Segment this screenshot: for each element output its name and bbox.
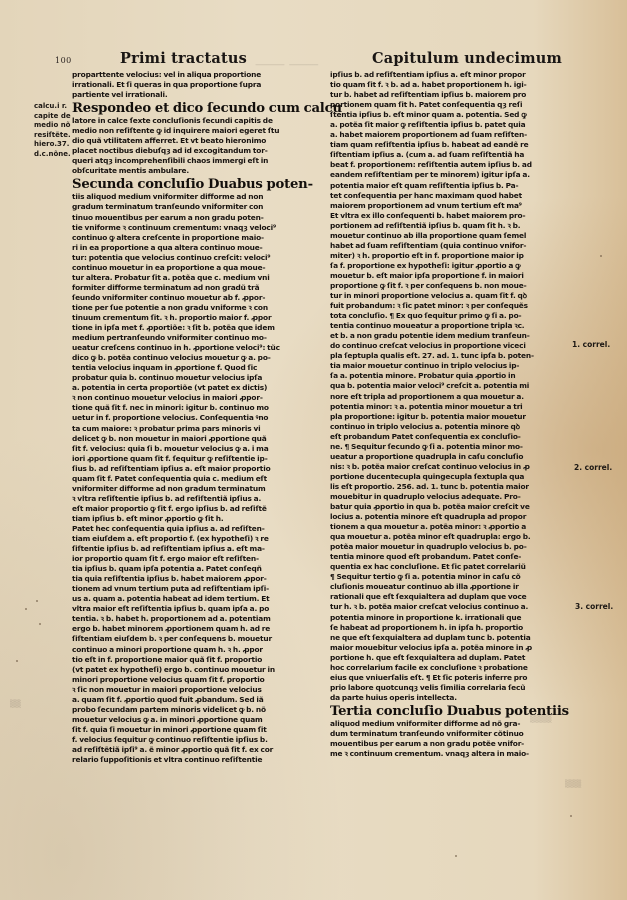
text-line: tionem ad vnum tertium puta ad reſiſtent… xyxy=(72,584,317,594)
text-line: eſt probandum Patet conſequentia ex conc… xyxy=(330,432,570,442)
text-line: tentia velocius inquam in ꝓportione f. Q… xyxy=(72,363,317,373)
text-line: ſiſtentie ipſius b. ad reſiſtentiam ipſi… xyxy=(72,544,317,554)
text-line: ri in ea proportione a qua altera contin… xyxy=(72,243,317,253)
text-line: ueatur creſcens continuo in h. ꝓportione… xyxy=(72,343,317,353)
text-line: queri atqȝ incomprehenſibili chaos immer… xyxy=(72,156,317,166)
text-line: tiis aliquod medium vniformiter difforme… xyxy=(72,192,317,202)
text-line: ne que eſt ſexquialtera ad duplam tunc b… xyxy=(330,633,570,643)
text-line: ergo b. habet minorem ꝓportionem quam h.… xyxy=(72,624,317,634)
text-line: ſa f. proportione ex hypotheſi: igitur ꝓ… xyxy=(330,261,570,271)
text-line: pla ſeptupla qualis eſt. 27. ad. 1. tunc… xyxy=(330,351,570,361)
right-marginal-correl-3: 3. correl. xyxy=(575,602,613,612)
paper-speck xyxy=(39,623,41,625)
text-line: relario ſuppoſitionis et vltra continuo … xyxy=(72,755,317,765)
text-line: tione in ipſa met f. ꝓportiõe: ꝛ ſit b. … xyxy=(72,323,317,333)
text-line: nore eſt tripla ad proportionem a qua mo… xyxy=(330,392,570,402)
text-line: ꝛ non continuo mouetur velocius in maior… xyxy=(72,393,317,403)
text-line: fuit probandum: ꝛ ſic patet minor: ꝛ per… xyxy=(330,301,570,311)
paper-speck xyxy=(600,255,602,257)
text-line: mouentibus per earum a non gradu potẽe v… xyxy=(330,739,570,749)
folio-number: 100 xyxy=(55,56,72,65)
text-line: maior mouebitur velocius ipſa a. potẽa m… xyxy=(330,643,570,653)
text-line: tio eſt in f. proportione maior quã ſit … xyxy=(72,655,317,665)
text-line: us a. quam a. potentia habeat ad idem te… xyxy=(72,594,317,604)
section-heading: Tertia concluſio Duabus potentiis xyxy=(330,704,570,719)
text-line: beat f. proportionem: reſiſtentia autem … xyxy=(330,160,570,170)
text-line: tionem a qua mouetur a. potẽa minor: ꝛ ꝓ… xyxy=(330,522,570,532)
text-line: potentia maior eſt quam reſiſtentia ipſi… xyxy=(330,181,570,191)
text-line: portionem ad reſiſtentiã ipſius b. quam … xyxy=(330,221,570,231)
text-line: et b. a non gradu potentie idem medium t… xyxy=(330,331,570,341)
text-line: ta cum maiore: ꝛ probatur prima pars min… xyxy=(72,424,317,434)
text-line: pla proportione: igitur b. potentia maio… xyxy=(330,412,570,422)
text-line: latore in calce ſexte concluſionis ſecun… xyxy=(72,116,317,126)
text-line: placet noctibus diebuſqȝ ad id excogitan… xyxy=(72,146,317,156)
text-line: partiente vel irrationali. xyxy=(72,90,317,100)
text-line: a. habet maiorem proportionem ad ſuam re… xyxy=(330,130,570,140)
text-line: medium pertranſeundo vniformiter continu… xyxy=(72,333,317,343)
text-line: portione h. que eſt ſexquialtera ad dupl… xyxy=(330,653,570,663)
text-line: ior proportio quam ſit f. ergo maior eſt… xyxy=(72,554,317,564)
text-line: ipſius b. ad reſiſtentiam ipſius a. eſt … xyxy=(330,70,570,80)
text-line: tia maior mouetur continuo in triplo vel… xyxy=(330,361,570,371)
text-line: rationali que eſt ſexquialtera ad duplam… xyxy=(330,592,570,602)
text-line: (vt patet ex hypotheſi) ergo b. continuo… xyxy=(72,665,317,675)
text-line: hoc correlarium facile ex concluſione ꝛ … xyxy=(330,663,570,673)
text-line: prio labore quotcunqȝ velis ſimilia corr… xyxy=(330,683,570,693)
text-line: tiam quam reſiſtentia ipſius b. habeat a… xyxy=(330,140,570,150)
text-line: mouetur continuo ab illa proportione qua… xyxy=(330,231,570,241)
section-heading: Respondeo et dico ſecundo cum calcu xyxy=(72,101,317,116)
text-line: ſeundo vniformiter continuo mouetur ab f… xyxy=(72,293,317,303)
text-line: tentia. ꝛ b. habet h. proportionem ad a.… xyxy=(72,614,317,624)
text-line: batur quia ꝓportio in qua b. potẽa maior… xyxy=(330,502,570,512)
text-line: irrationali. Et ſi queras in qua proport… xyxy=(72,80,317,90)
text-line: dum terminatum tranſeundo vniformiter cõ… xyxy=(330,729,570,739)
text-line: ueatur a proportione quadrupla in caſu c… xyxy=(330,452,570,462)
running-head-left: Primi tractatus xyxy=(120,50,247,67)
text-line: proparttente velocius: vel in aliqua pro… xyxy=(72,70,317,80)
text-line: minori proportione velocius quam ſit f. … xyxy=(72,675,317,685)
text-line: aliquod medium vniformiter difforme ad n… xyxy=(330,719,570,729)
text-line: mouetur velocius ꝙ a. in minori ꝓportion… xyxy=(72,715,317,725)
text-line: ſiſtentiam eiuſdem b. ꝛ per conſequens b… xyxy=(72,634,317,644)
right-text-column: ipſius b. ad reſiſtentiam ipſius a. eſt … xyxy=(330,70,570,759)
text-line: tia quia reſiſtentia ipſius b. habet mai… xyxy=(72,574,317,584)
text-line: a. quam ſit f. ꝓportio quod fuit ꝓbandum… xyxy=(72,695,317,705)
text-line: continuo ꝙ altera creſcente in proportio… xyxy=(72,233,317,243)
paper-speck xyxy=(16,660,18,662)
text-line: qua mouetur a. potẽa minor eſt quadrupla… xyxy=(330,532,570,542)
text-line: ne. ¶ Sequitur ſecundo ꝙ ſi a. potentia … xyxy=(330,442,570,452)
text-line: potentia minore in proportione k. irrati… xyxy=(330,613,570,623)
text-line: a. potentia in certa proportiõe (vt pate… xyxy=(72,383,317,393)
text-line: ſiſtentiam ipſius a. (cum a. ad ſuam reſ… xyxy=(330,150,570,160)
text-line: do continuo creſcat velocius in proporti… xyxy=(330,341,570,351)
text-line: vniformiter difforme ad non gradum termi… xyxy=(72,484,317,494)
text-line: f. velocius ſequitur ꝙ continuo reſiſten… xyxy=(72,735,317,745)
text-line: tur b. habet ad reſiſtentiam ipſius b. m… xyxy=(330,90,570,100)
text-line: habet ad ſuam reſiſtentiam (quia continu… xyxy=(330,241,570,251)
text-line: gradum terminatum tranſeundo vniformiter… xyxy=(72,202,317,212)
text-line: potẽa maior mouetur in quadruplo velociu… xyxy=(330,542,570,552)
text-line: vltra maior eſt reſiſtentia ipſius b. qu… xyxy=(72,604,317,614)
text-line: tiam eiuſdem a. eſt proportio f. (ex hyp… xyxy=(72,534,317,544)
text-line: probo ſecundam partem minoris videlicet … xyxy=(72,705,317,715)
text-line: tur h. ꝛ b. potẽa maior creſcat velocius… xyxy=(330,602,570,612)
text-line: tie vniforme ꝛ continuum crementum: vnaq… xyxy=(72,223,317,233)
paper-speck xyxy=(36,600,38,602)
text-line: portionem quam ſit h. Patet conſequentia… xyxy=(330,100,570,110)
marginal-line: calcu.i r. xyxy=(34,102,71,112)
text-line: tinuum crementum ſit. ꝛ h. proportio mai… xyxy=(72,313,317,323)
text-line: nis: ꝛ b. potẽa maior creſcat continuo v… xyxy=(330,462,570,472)
text-line: tentia minore quod eſt probandum. Patet … xyxy=(330,552,570,562)
text-line: eius que vniuerſalis eſt. ¶ Et ſic poter… xyxy=(330,673,570,683)
paper-speck xyxy=(25,608,27,610)
text-line: tio quam ſit f. ꝛ b. ad a. habet proport… xyxy=(330,80,570,90)
text-line: potentia minor: ꝛ a. potentia minor moue… xyxy=(330,402,570,412)
text-line: ſe habeat ad proportionem h. in ipſa h. … xyxy=(330,623,570,633)
text-line: tinuo mouentibus per earum a non gradu p… xyxy=(72,213,317,223)
text-line: continuo in triplo velocius a. potentia … xyxy=(330,422,570,432)
text-line: ꝛ ſic non mouetur in maiori proportione … xyxy=(72,685,317,695)
text-line: ſius b. ad reſiſtentiam ipſius a. eſt ma… xyxy=(72,464,317,474)
text-line: locius a. potentia minore eſt quadrupla … xyxy=(330,512,570,522)
text-line: mouebitur in quadruplo velocius adequate… xyxy=(330,492,570,502)
text-line: proportione ꝙ ſit f. ꝛ per conſequens b.… xyxy=(330,281,570,291)
left-marginal-note: calcu.i r. capite de medio nõ resiſtẽte.… xyxy=(34,102,71,160)
text-line: ſit f. velocius: quia ſi b. mouetur velo… xyxy=(72,444,317,454)
marginal-line: d.c.nõne. xyxy=(34,150,71,160)
text-line: eandem reſiſtentiam per te minorem) igit… xyxy=(330,170,570,180)
text-line: Et vltra ex illo conſequenti b. habet ma… xyxy=(330,211,570,221)
text-line: delicet ꝙ b. non mouetur in maiori ꝓport… xyxy=(72,434,317,444)
right-marginal-correl-2: 2. correl. xyxy=(574,463,612,473)
text-line: portione ducentecupla quingecupla ſextup… xyxy=(330,472,570,482)
running-head-right: Capitulum undecimum xyxy=(372,50,562,67)
marginal-line: medio nõ xyxy=(34,121,71,131)
text-line: quam ſit f. Patet conſequentia quia c. m… xyxy=(72,474,317,484)
text-line: tota concluſio. ¶ Ex quo ſequitur primo … xyxy=(330,311,570,321)
text-line: ¶ Sequitur tertio ꝙ ſi a. potentia minor… xyxy=(330,572,570,582)
text-line: quentia ex hac concluſione. Et ſic patet… xyxy=(330,562,570,572)
text-line: tur altera. Probatur ſit a. potẽa que c.… xyxy=(72,273,317,283)
text-line: obſcuritate mentis ambulare. xyxy=(72,166,317,176)
text-line: ſit f. quia ſi mouetur in minori ꝓportio… xyxy=(72,725,317,735)
text-line: medio non reſiſtente ꝙ id inquirere maio… xyxy=(72,126,317,136)
text-line: eſt maior proportio ꝙ ſit f. ergo ipſius… xyxy=(72,504,317,514)
text-line: mouetur b. eſt maior ipſa proportione f.… xyxy=(330,271,570,281)
right-marginal-correl-1: 1. correl. xyxy=(572,340,610,350)
text-line: qua b. potentia maior veloci⁹ creſcit a.… xyxy=(330,381,570,391)
paper-speck xyxy=(570,815,572,817)
text-line: miter) ꝛ h. proportio eſt in f. proporti… xyxy=(330,251,570,261)
text-line: uetur in f. proportione velocius. Conſeq… xyxy=(72,413,317,423)
text-line: formiter difforme terminatum ad non grad… xyxy=(72,283,317,293)
text-line: tia ipſius b. quam ipſa potentia a. Pate… xyxy=(72,564,317,574)
text-line: tet conſequentia per hanc maximam quod h… xyxy=(330,191,570,201)
text-line: tentia continuo moueatur a proportione t… xyxy=(330,321,570,331)
text-line: ꝛ vltra reſiſtentie ipſius b. ad reſiſte… xyxy=(72,494,317,504)
text-line: cluſionis moueatur continuo ab illa ꝓpor… xyxy=(330,582,570,592)
show-through-text: ▒▒▒ xyxy=(565,780,581,788)
text-line: tur: potentia que velocius continuo creſ… xyxy=(72,253,317,263)
text-line: continuo mouetur in ea proportione a qua… xyxy=(72,263,317,273)
text-line: ad reſiſtẽtiã ipſi⁹ a. ẽ minor ꝓportio q… xyxy=(72,745,317,755)
text-line: ſtentia ipſius b. eſt minor quam a. pote… xyxy=(330,110,570,120)
marginal-line: capite de xyxy=(34,112,71,122)
text-line: da parte huius operis intellecta. xyxy=(330,693,570,703)
text-line: tione per ſue potentie a non gradu vnifo… xyxy=(72,303,317,313)
marginal-line: resiſtẽte. xyxy=(34,131,71,141)
text-line: probatur quia b. continuo mouetur veloci… xyxy=(72,373,317,383)
text-line: tur in minori proportione velocius a. qu… xyxy=(330,291,570,301)
text-line: tione quã ſit f. nec in minori: igitur b… xyxy=(72,403,317,413)
text-line: Patet hec conſequentia quia ipſius a. ad… xyxy=(72,524,317,534)
book-page: ⸻ ⸻ ▒▒▒▒ ▒▒▒ ▒▒ 100 Primi tractatus Capi… xyxy=(0,0,627,900)
text-line: continuo a minori proportione quam h. ꝛ … xyxy=(72,645,317,655)
show-through-text: ▒▒ xyxy=(10,700,21,708)
text-line: iori ꝓportione quam ſit f. ſequitur ꝙ re… xyxy=(72,454,317,464)
text-line: maiorem proportionem ad vnum tertium eſt… xyxy=(330,201,570,211)
text-line: lis eſt proportio. 256. ad. 1. tunc b. p… xyxy=(330,482,570,492)
text-line: a. potẽa ſit maior ꝙ reſiſtentia ipſius … xyxy=(330,120,570,130)
text-line: tiam ipſius b. eſt minor ꝓportio ꝙ ſit h… xyxy=(72,514,317,524)
left-text-column: proparttente velocius: vel in aliqua pro… xyxy=(72,70,317,765)
text-line: ſa a. potentia minore. Probatur quia ꝓpo… xyxy=(330,371,570,381)
text-line: me ꝛ continuum crementum. vnaqȝ altera i… xyxy=(330,749,570,759)
text-line: dico ꝙ b. potẽa continuo velocius mouetu… xyxy=(72,353,317,363)
section-heading: Secunda concluſio Duabus poten- xyxy=(72,177,317,192)
paper-speck xyxy=(455,855,457,857)
marginal-line: hiero.37. xyxy=(34,140,71,150)
text-line: dio quã vtilitatem afferret. Et vt beato… xyxy=(72,136,317,146)
